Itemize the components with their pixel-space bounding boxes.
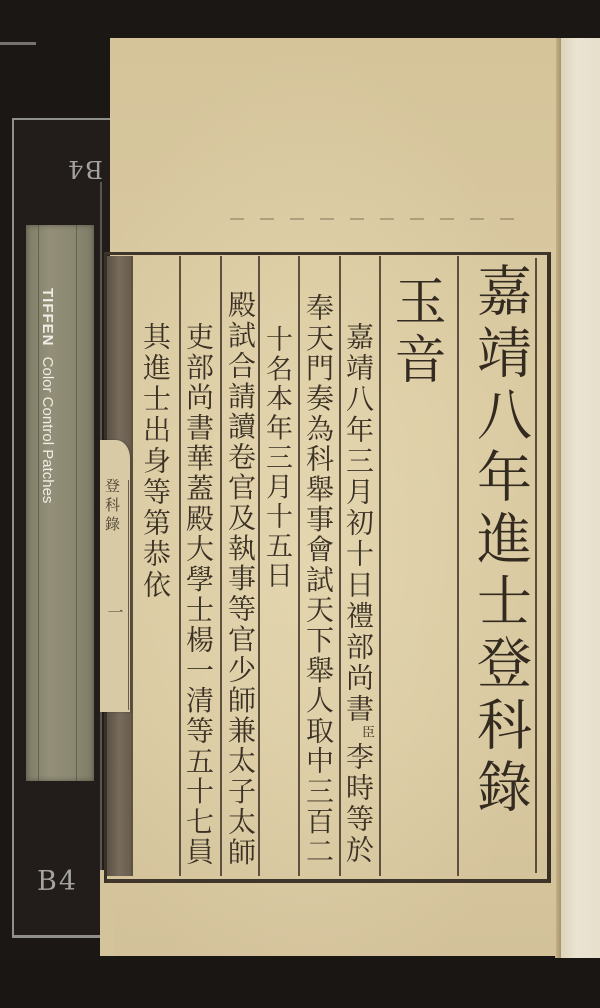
background-bottom — [0, 958, 600, 1008]
column-rule — [258, 256, 260, 876]
column-rule — [298, 256, 300, 876]
section-heading: 玉音 — [389, 274, 441, 390]
column-text: 李時等於 — [342, 742, 375, 866]
margin-tab-page-number: 一 — [106, 604, 122, 620]
ink-showthrough — [230, 218, 530, 220]
column-rule — [457, 256, 459, 876]
neighbor-leaf — [561, 38, 600, 960]
frame-inner-rule — [535, 258, 537, 873]
margin-tab-rule — [128, 480, 129, 710]
margin-tab-title: 登科錄 — [104, 478, 119, 535]
text-column-1: 嘉靖八年三月初十日禮部尚書臣李時等於 — [344, 322, 372, 866]
column-rule — [179, 256, 181, 876]
strip-caption: Color Control Patches — [39, 357, 56, 504]
column-rule — [339, 256, 341, 876]
text-column-5: 吏部尚書華蓋殿大學士楊一清等五十七員 — [184, 322, 212, 867]
strip-rule — [76, 225, 77, 781]
card-edge-mark — [0, 42, 36, 45]
card-label-top: B4 — [66, 157, 103, 181]
color-control-strip — [26, 225, 94, 781]
column-small-note: 臣 — [359, 725, 374, 742]
strip-brand: TIFFEN — [39, 288, 56, 347]
text-column-6: 其進士出身等第恭依 — [141, 322, 169, 601]
card-label-bottom: B4 — [37, 868, 78, 895]
color-strip-label: TIFFEN Color Control Patches — [40, 288, 55, 503]
column-rule — [220, 256, 222, 876]
text-column-4: 殿試合請讀卷官及執事等官少師兼太子太師 — [226, 290, 254, 868]
book-title: 嘉靖八年進士登科錄 — [472, 262, 527, 820]
text-column-3: 十名本年三月十五日 — [263, 325, 290, 591]
column-rule — [379, 256, 381, 876]
column-rule — [131, 256, 133, 876]
text-column-2: 奉天門奏為科舉事會試天下舉人取中三百二 — [304, 293, 332, 867]
column-text: 嘉靖八年三月初十日禮部尚書 — [342, 322, 375, 725]
